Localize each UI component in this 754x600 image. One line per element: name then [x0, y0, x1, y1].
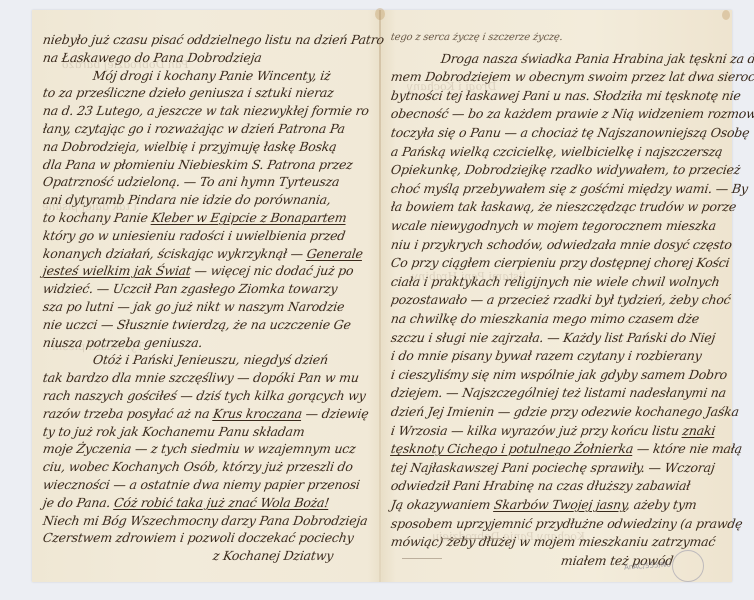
handwritten-line: Co przy ciągłem cierpieniu przy dostępne…	[390, 255, 731, 270]
handwritten-line: razów trzeba posyłać aż na Krus kroczana…	[42, 406, 370, 421]
handwritten-line: na Łaskawego do Pana Dobrodzieja	[42, 50, 263, 65]
ink-stroke	[442, 538, 502, 539]
handwritten-line: rach naszych gościłeś — dziś tych kilka …	[42, 388, 367, 403]
handwritten-line: wieczności — a ostatnie dwa niemy papier…	[42, 477, 361, 492]
handwritten-line: szczu i sługi nie zajrzała. — Każdy list…	[390, 330, 716, 345]
handwritten-line: widzieć. — Uczcił Pan zgasłego Ziomka to…	[42, 281, 338, 296]
handwritten-line: konanych działań, ściskając wykrzyknął —…	[42, 246, 364, 261]
handwritten-line: Czerstwem zdrowiem i pozwoli doczekać po…	[42, 530, 355, 545]
handwritten-line: ciu, wobec Kochanych Osób, którzy już pr…	[42, 459, 354, 474]
center-fold	[379, 10, 381, 582]
underlined-phrase: Krus kroczana	[212, 406, 303, 421]
handwritten-line: jesteś wielkim jak Świat — więcej nic do…	[42, 263, 355, 278]
handwritten-line: ani dytyramb Pindara nie idzie do porówn…	[42, 192, 332, 207]
underlined-phrase: Cóż robić taka już znać Wola Boża!	[113, 495, 330, 510]
handwritten-line: tej Najłaskawszej Pani pociechę sprawiły…	[390, 460, 716, 475]
handwritten-line: ty to już rok jak Kochanemu Panu składam	[42, 424, 306, 439]
handwritten-line: toczyła się o Panu — a chociaż tę Najsza…	[390, 125, 750, 140]
underlined-phrase: znaki	[682, 423, 717, 438]
underlined-phrase: Generale	[306, 246, 364, 261]
handwritten-line: wcale niewygodnych w mojem tegorocznem m…	[390, 218, 717, 233]
handwritten-line: który go w uniesieniu radości i uwielbie…	[42, 228, 346, 243]
handwritten-line: niusza potrzeba geniusza.	[42, 335, 203, 350]
handwritten-line: Droga nasza świadka Pania Hrabina jak tę…	[390, 51, 754, 66]
handwritten-line: niu i przykrych schodów, odwiedzała mnie…	[390, 237, 733, 252]
handwritten-line: i cieszyliśmy się nim wspólnie jak gdyby…	[390, 367, 728, 382]
handwritten-line: niebyło już czasu pisać oddzielnego list…	[42, 32, 385, 47]
handwritten-line: pozostawało — a przecież rzadki był tydz…	[390, 292, 732, 307]
handwritten-line: sza po lutni — jak go już nikt w naszym …	[42, 299, 345, 314]
handwritten-line: obecność — bo za każdem prawie z Nią wid…	[390, 106, 754, 121]
handwritten-line: choć myślą przebywałem się z gośćmi międ…	[390, 181, 749, 196]
underlined-phrase: tęsknoty Cichego i potulnego Żołnierka	[390, 441, 634, 456]
handwritten-line: Ją okazywaniem Skarbów Twojej jasny, aże…	[390, 497, 698, 512]
underlined-phrase: Kleber w Egipcie z Bonapartem	[151, 210, 348, 225]
handwritten-line: ła bowiem tak łaskawą, że nieszczędząc t…	[390, 199, 737, 214]
handwritten-line: mem Dobrodziejem w obecnym swoim przez l…	[390, 69, 754, 84]
handwritten-line: dziejem. — Najszczególniej też listami n…	[390, 385, 727, 400]
handwritten-line: dzień Jej Imienin — gdzie przy odezwie k…	[390, 404, 740, 419]
handwritten-line: z Kochanej Dziatwy	[212, 548, 334, 563]
handwritten-line: tego z serca życzę i szczerze życzę.	[390, 32, 563, 43]
ink-stroke	[402, 558, 442, 559]
underlined-phrase: jesteś wielkim jak Świat	[42, 263, 192, 278]
handwritten-line: mówiąc) żeby dłużej w mojem mieszkaniu z…	[390, 534, 716, 549]
handwritten-line: i do mnie pisany bywał razem czytany i r…	[390, 348, 703, 363]
handwritten-line: moje Życzenia — z tych siedmiu w wzajemn…	[42, 441, 357, 456]
handwritten-line: to kochany Panie Kleber w Egipcie z Bona…	[42, 210, 348, 225]
handwritten-line: odwiedził Pani Hrabinę na czas dłuższy z…	[390, 478, 691, 493]
handwritten-line: Mój drogi i kochany Panie Wincenty, iż	[42, 68, 332, 83]
underlined-phrase: Skarbów Twojej jasny	[493, 497, 627, 512]
handwritten-line: a Pańską wielką czcicielkę, wielbicielkę…	[390, 144, 723, 159]
handwritten-line: sposobem uprzyjemnić przydłużne odwiedzi…	[390, 516, 744, 531]
handwritten-line: Otóż i Pański Jenieuszu, niegdyś dzień	[42, 352, 329, 367]
handwritten-line: je do Pana. Cóż robić taka już znać Wola…	[42, 495, 330, 510]
handwritten-line: Niech mi Bóg Wszechmocny darzy Pana Dobr…	[42, 513, 369, 528]
letter-sheet: Pan Dobrodziej bardzo i tak dalej pisane…	[32, 10, 732, 582]
archive-stamp	[672, 550, 704, 582]
handwritten-line: ciała i praktykach religijnych nie wiele…	[390, 274, 721, 289]
handwritten-line: i Wrzosia — kilka wyrazów już przy końcu…	[390, 423, 716, 438]
handwritten-line: bytności tej łaskawej Pani u nas. Słodzi…	[390, 88, 742, 103]
handwritten-line: dla Pana w płomieniu Niebieskim S. Patro…	[42, 157, 354, 172]
handwritten-line: Opatrzność udzieloną. — To ani hymn Tyrt…	[42, 174, 340, 189]
handwritten-line: tęsknoty Cichego i potulnego Żołnierka —…	[390, 441, 743, 456]
handwritten-line: to za prześliczne dzieło geniusza i sztu…	[42, 85, 335, 100]
handwritten-line: łany, czytając go i rozważając w dzień P…	[42, 121, 346, 136]
handwritten-line: Opiekunkę, Dobrodziejkę rzadko widywałem…	[390, 162, 741, 177]
stain-top-right	[722, 10, 730, 20]
handwritten-line: na d. 23 Lutego, a jeszcze w tak niezwyk…	[42, 103, 370, 118]
handwritten-line: nie uczci — Słusznie twierdzą, że na ucz…	[42, 317, 352, 332]
handwritten-line: na Dobrodzieja, wielbię i przyjmuję łask…	[42, 139, 338, 154]
handwritten-line: na chwilkę do mieszkania mego mimo czase…	[390, 311, 700, 326]
handwritten-line: tak bardzo dla mnie szczęśliwy — dopóki …	[42, 370, 360, 385]
